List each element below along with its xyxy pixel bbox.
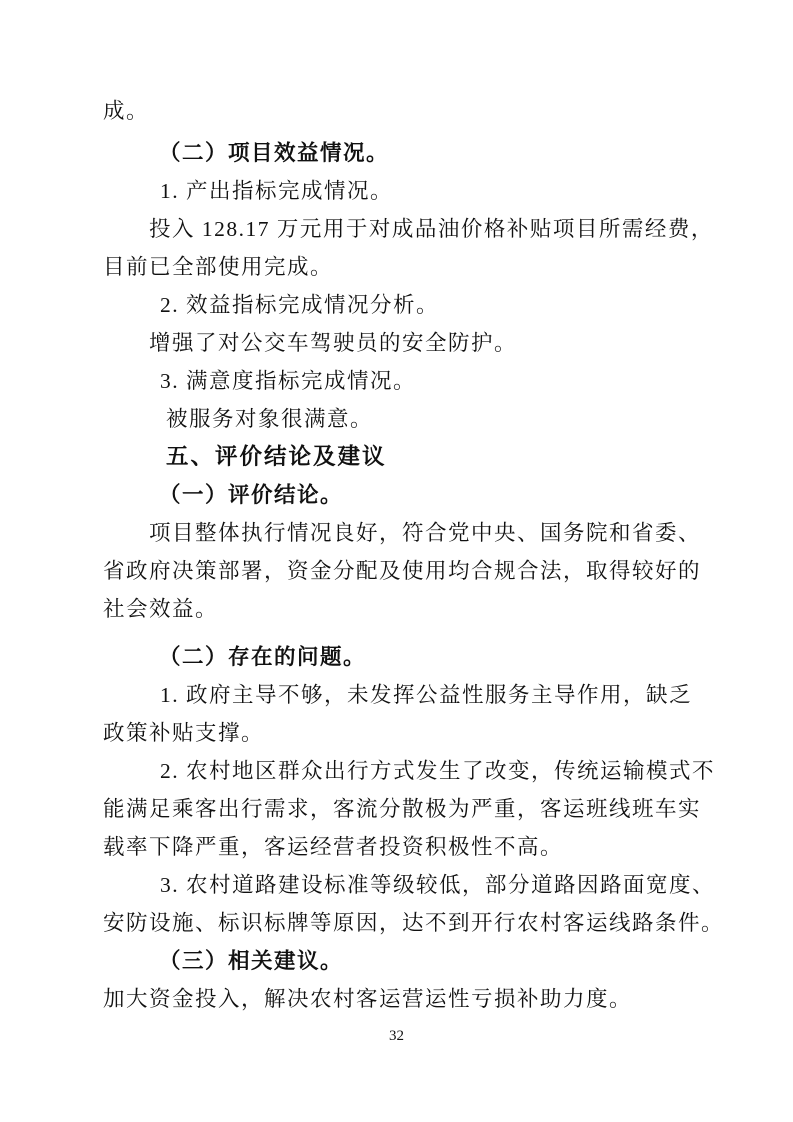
text-line: 增强了对公交车驾驶员的安全防护。 — [103, 324, 743, 362]
text-line: 投入 128.17 万元用于对成品油价格补贴项目所需经费， — [103, 210, 743, 248]
text-line: 省政府决策部署，资金分配及使用均合规合法，取得较好的 — [103, 552, 743, 590]
section-heading: （二）存在的问题。 — [103, 638, 743, 676]
numbered-item: 3. 农村道路建设标准等级较低，部分道路因路面宽度、 — [103, 866, 743, 904]
numbered-item: 2. 农村地区群众出行方式发生了改变，传统运输模式不 — [103, 752, 743, 790]
page-number: 32 — [0, 1026, 793, 1046]
document-page: 成。 （二）项目效益情况。 1. 产出指标完成情况。 投入 128.17 万元用… — [0, 0, 793, 1122]
numbered-item: 1. 政府主导不够，未发挥公益性服务主导作用，缺乏 — [103, 676, 743, 714]
text-line: 载率下降严重，客运经营者投资积极性不高。 — [103, 828, 743, 866]
section-heading: （三）相关建议。 — [103, 942, 743, 980]
section-heading: （一）评价结论。 — [103, 476, 743, 514]
section-heading: （二）项目效益情况。 — [103, 134, 743, 172]
page-content: 成。 （二）项目效益情况。 1. 产出指标完成情况。 投入 128.17 万元用… — [103, 92, 743, 1018]
text-line: 安防设施、标识标牌等原因，达不到开行农村客运线路条件。 — [103, 904, 743, 942]
text-line: 能满足乘客出行需求，客流分散极为严重，客运班线班车实 — [103, 790, 743, 828]
text-line: 目前已全部使用完成。 — [103, 248, 743, 286]
numbered-item: 1. 产出指标完成情况。 — [103, 172, 743, 210]
numbered-item: 2. 效益指标完成情况分析。 — [103, 286, 743, 324]
text-line: 社会效益。 — [103, 590, 743, 628]
text-line: 被服务对象很满意。 — [103, 400, 743, 438]
chapter-heading: 五、评价结论及建议 — [103, 438, 743, 476]
numbered-item: 3. 满意度指标完成情况。 — [103, 362, 743, 400]
text-line: 政策补贴支撑。 — [103, 714, 743, 752]
text-line: 加大资金投入，解决农村客运营运性亏损补助力度。 — [103, 980, 743, 1018]
text-line: 成。 — [103, 92, 743, 130]
text-line: 项目整体执行情况良好，符合党中央、国务院和省委、 — [103, 514, 743, 552]
